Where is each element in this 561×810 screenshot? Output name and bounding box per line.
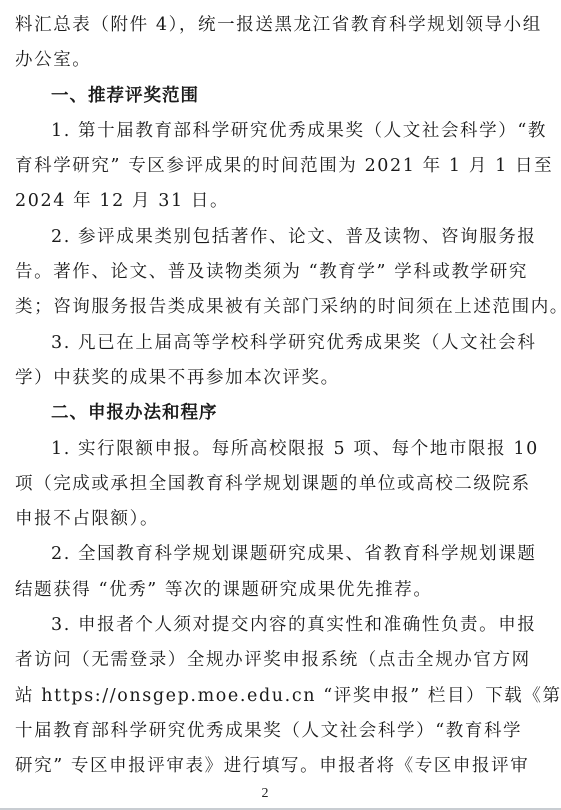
body-line: 类；咨询服务报告类成果被有关部门采纳的时间须在上述范围内。 xyxy=(15,290,475,325)
body-line: 3. 申报者个人须对提交内容的真实性和准确性负责。申报 xyxy=(15,608,475,643)
page-number: 2 xyxy=(0,786,530,802)
body-line: 十届教育部科学研究优秀成果奖（人文社会科学）“教育科学 xyxy=(15,714,475,749)
body-line: 项（完成或承担全国教育科学规划课题的单位或高校二级院系 xyxy=(15,467,475,502)
body-line: 结题获得 “优秀” 等次的课题研究成果优先推荐。 xyxy=(15,573,475,608)
body-line: 办公室。 xyxy=(15,43,475,78)
body-line: 3. 凡已在上届高等学校科学研究优秀成果奖（人文社会科 xyxy=(15,326,475,361)
section-heading-recommend-scope: 一、推荐评奖范围 xyxy=(15,79,475,114)
body-line: 育科学研究” 专区参评成果的时间范围为 2021 年 1 月 1 日至 xyxy=(15,149,475,184)
body-line: 1. 第十届教育部科学研究优秀成果奖（人文社会科学）“教 xyxy=(15,114,475,149)
body-line: 学）中获奖的成果不再参加本次评奖。 xyxy=(15,361,475,396)
body-line: 料汇总表（附件 4），统一报送黑龙江省教育科学规划领导小组 xyxy=(15,8,475,43)
body-line: 者访问（无需登录）全规办评奖申报系统（点击全规办官方网 xyxy=(15,643,475,678)
body-line: 站 https://onsgep.moe.edu.cn “评奖申报” 栏目）下载… xyxy=(15,679,475,714)
body-line: 2024 年 12 月 31 日。 xyxy=(15,184,475,219)
body-line: 1. 实行限额申报。每所高校限报 5 项、每个地市限报 10 xyxy=(15,432,475,467)
body-line: 告。著作、论文、普及读物类须为 “教育学” 学科或教学研究 xyxy=(15,255,475,290)
body-line: 2. 全国教育科学规划课题研究成果、省教育科学规划课题 xyxy=(15,537,475,572)
body-line: 2. 参评成果类别包括著作、论文、普及读物、咨询服务报 xyxy=(15,220,475,255)
document-page: 料汇总表（附件 4），统一报送黑龙江省教育科学规划领导小组 办公室。 一、推荐评… xyxy=(15,8,475,785)
body-line: 申报不占限额）。 xyxy=(15,502,475,537)
body-line: 研究” 专区申报评审表》进行填写。申报者将《专区申报评审 xyxy=(15,749,475,784)
section-heading-application-procedure: 二、申报办法和程序 xyxy=(15,396,475,431)
